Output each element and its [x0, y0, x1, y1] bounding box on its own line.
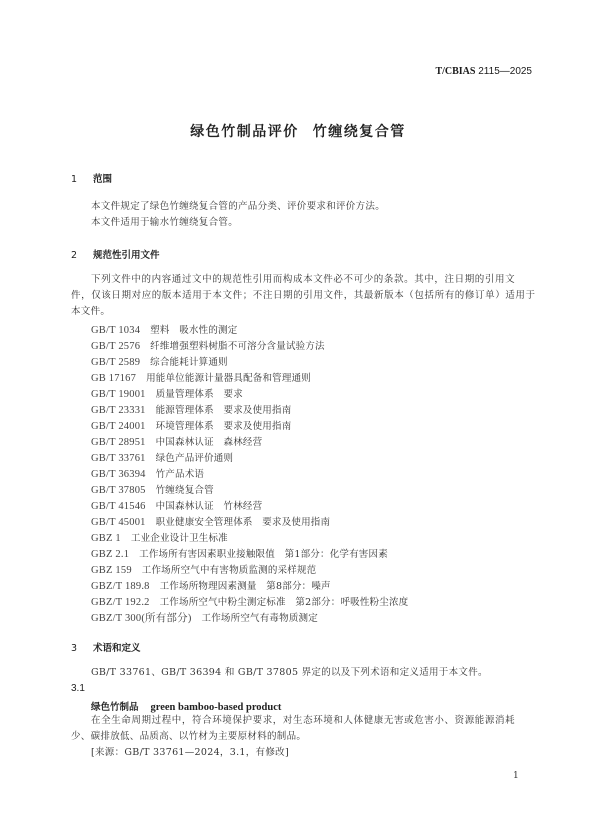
document-code-number: 2115—2025	[475, 66, 532, 77]
reference-code: GB/T 2589	[91, 357, 140, 368]
reference-code: GBZ 1	[91, 533, 121, 544]
section-2-intro-line-2: 件，仅该日期对应的版本适用于本文件；不注日期的引用文件，其最新版本（包括所有的修…	[71, 288, 536, 304]
term-definition-line-1: 在全生命周期过程中，符合环境保护要求，对生态环境和人体健康无害或危害小、资源能源…	[91, 713, 515, 729]
reference-item: GB/T 28951中国森林认证 森林经营	[91, 434, 262, 448]
reference-item: GB/T 1034塑料 吸水性的测定	[91, 322, 237, 336]
reference-title: 综合能耗计算通则	[150, 357, 228, 368]
section-2-intro-line-3: 本文件。	[71, 304, 110, 320]
reference-code: GB/T 28951	[91, 437, 146, 448]
reference-title: 质量管理体系 要求	[156, 389, 243, 400]
reference-code: GBZ/T 189.8	[91, 581, 150, 592]
section-title: 术语和定义	[93, 643, 141, 654]
reference-item: GB/T 45001职业健康安全管理体系 要求及使用指南	[91, 514, 330, 528]
section-number: 2	[71, 250, 93, 261]
reference-item: GB 17167用能单位能源计量器具配备和管理通则	[91, 370, 311, 384]
reference-title: 职业健康安全管理体系 要求及使用指南	[156, 517, 331, 528]
reference-code: GB/T 41546	[91, 501, 146, 512]
section-number: 1	[71, 174, 93, 185]
reference-code: GBZ/T 192.2	[91, 597, 150, 608]
page-number: 1	[513, 771, 519, 781]
reference-code: GB/T 45001	[91, 517, 146, 528]
reference-title: 绿色产品评价通则	[156, 453, 234, 464]
section-1-paragraph-1: 本文件规定了绿色竹缠绕复合管的产品分类、评价要求和评价方法。	[91, 199, 385, 215]
document-code: T/CBIAS 2115—2025	[435, 66, 532, 77]
reference-title: 工业企业设计卫生标准	[131, 533, 228, 544]
title-sub: 竹缠绕复合管	[313, 124, 406, 140]
section-1-heading: 1范围	[71, 171, 112, 185]
reference-title: 竹产品术语	[156, 469, 205, 480]
document-code-prefix: T/CBIAS	[435, 66, 475, 77]
term-definition-line-2: 少、碳排放低、品质高、以竹材为主要原材料的制品。	[71, 729, 306, 745]
reference-title: 用能单位能源计量器具配备和管理通则	[146, 373, 311, 384]
reference-code: GB/T 2576	[91, 341, 140, 352]
reference-title: 塑料 吸水性的测定	[150, 325, 237, 336]
reference-item: GBZ/T 300(所有部分)工作场所空气有毒物质测定	[91, 610, 318, 625]
reference-item: GBZ/T 189.8工作场所物理因素测量 第8部分：噪声	[91, 578, 331, 592]
term-english: green bamboo-based product	[151, 702, 282, 713]
reference-title: 中国森林认证 竹林经营	[156, 501, 263, 512]
reference-title: 能源管理体系 要求及使用指南	[156, 405, 292, 416]
section-1-paragraph-2: 本文件适用于输水竹缠绕复合管。	[91, 215, 238, 231]
section-2-intro-line-1: 下列文件中的内容通过文中的规范性引用而构成本文件必不可少的条款。其中，注日期的引…	[91, 272, 515, 288]
section-title: 范围	[93, 174, 112, 185]
reference-code: GB/T 33761	[91, 453, 146, 464]
section-title: 规范性引用文件	[93, 250, 160, 261]
reference-item: GBZ 1工业企业设计卫生标准	[91, 530, 228, 544]
reference-title: 工作场所有害因素职业接触限值 第1部分：化学有害因素	[139, 549, 388, 560]
document-page: T/CBIAS 2115—2025 绿色竹制品评价竹缠绕复合管 1范围 本文件规…	[0, 0, 596, 838]
reference-code: GB/T 1034	[91, 325, 140, 336]
term-heading: 绿色竹制品green bamboo-based product	[91, 699, 281, 713]
section-2-heading: 2规范性引用文件	[71, 247, 160, 261]
reference-code: GB 17167	[91, 373, 136, 384]
reference-item: GBZ/T 192.2工作场所空气中粉尘测定标准 第2部分：呼吸性粉尘浓度	[91, 594, 408, 608]
reference-code: GB/T 19001	[91, 389, 146, 400]
section-3-heading: 3术语和定义	[71, 640, 141, 654]
term-number: 3.1	[71, 683, 85, 694]
reference-item: GBZ 159工作场所空气中有害物质监测的采样规范	[91, 562, 316, 576]
reference-title: 工作场所空气中有害物质监测的采样规范	[142, 565, 317, 576]
section-3-intro: GB/T 33761、GB/T 36394 和 GB/T 37805 界定的以及…	[91, 665, 488, 681]
reference-title: 工作场所空气中粉尘测定标准 第2部分：呼吸性粉尘浓度	[160, 597, 409, 608]
reference-code: GB/T 36394	[91, 469, 146, 480]
term-chinese: 绿色竹制品	[91, 702, 139, 713]
reference-item: GB/T 24001环境管理体系 要求及使用指南	[91, 418, 291, 432]
document-title: 绿色竹制品评价竹缠绕复合管	[0, 121, 596, 141]
reference-title: 纤维增强塑料树脂不可溶分含量试验方法	[150, 341, 325, 352]
reference-title: 工作场所空气有毒物质测定	[202, 613, 318, 624]
term-source: [来源：GB/T 33761—2024，3.1，有修改]	[91, 745, 289, 761]
reference-item: GB/T 33761绿色产品评价通则	[91, 450, 233, 464]
reference-item: GB/T 36394竹产品术语	[91, 466, 204, 480]
reference-title: 工作场所物理因素测量 第8部分：噪声	[160, 581, 331, 592]
reference-title: 竹缠绕复合管	[156, 485, 214, 496]
reference-item: GB/T 2576纤维增强塑料树脂不可溶分含量试验方法	[91, 338, 325, 352]
reference-code: GBZ 159	[91, 565, 132, 576]
reference-code: GB/T 37805	[91, 485, 146, 496]
reference-code: GB/T 23331	[91, 405, 146, 416]
reference-code: GB/T 24001	[91, 421, 146, 432]
title-main: 绿色竹制品评价	[190, 124, 299, 140]
reference-item: GB/T 19001质量管理体系 要求	[91, 386, 243, 400]
reference-title: 环境管理体系 要求及使用指南	[156, 421, 292, 432]
reference-item: GBZ 2.1工作场所有害因素职业接触限值 第1部分：化学有害因素	[91, 546, 388, 560]
reference-item: GB/T 2589综合能耗计算通则	[91, 354, 228, 368]
reference-code: GBZ 2.1	[91, 549, 129, 560]
section-number: 3	[71, 643, 93, 654]
reference-item: GB/T 37805竹缠绕复合管	[91, 482, 214, 496]
reference-item: GB/T 41546中国森林认证 竹林经营	[91, 498, 262, 512]
reference-title: 中国森林认证 森林经营	[156, 437, 263, 448]
reference-code: GBZ/T 300(所有部分)	[91, 613, 192, 624]
reference-item: GB/T 23331能源管理体系 要求及使用指南	[91, 402, 291, 416]
